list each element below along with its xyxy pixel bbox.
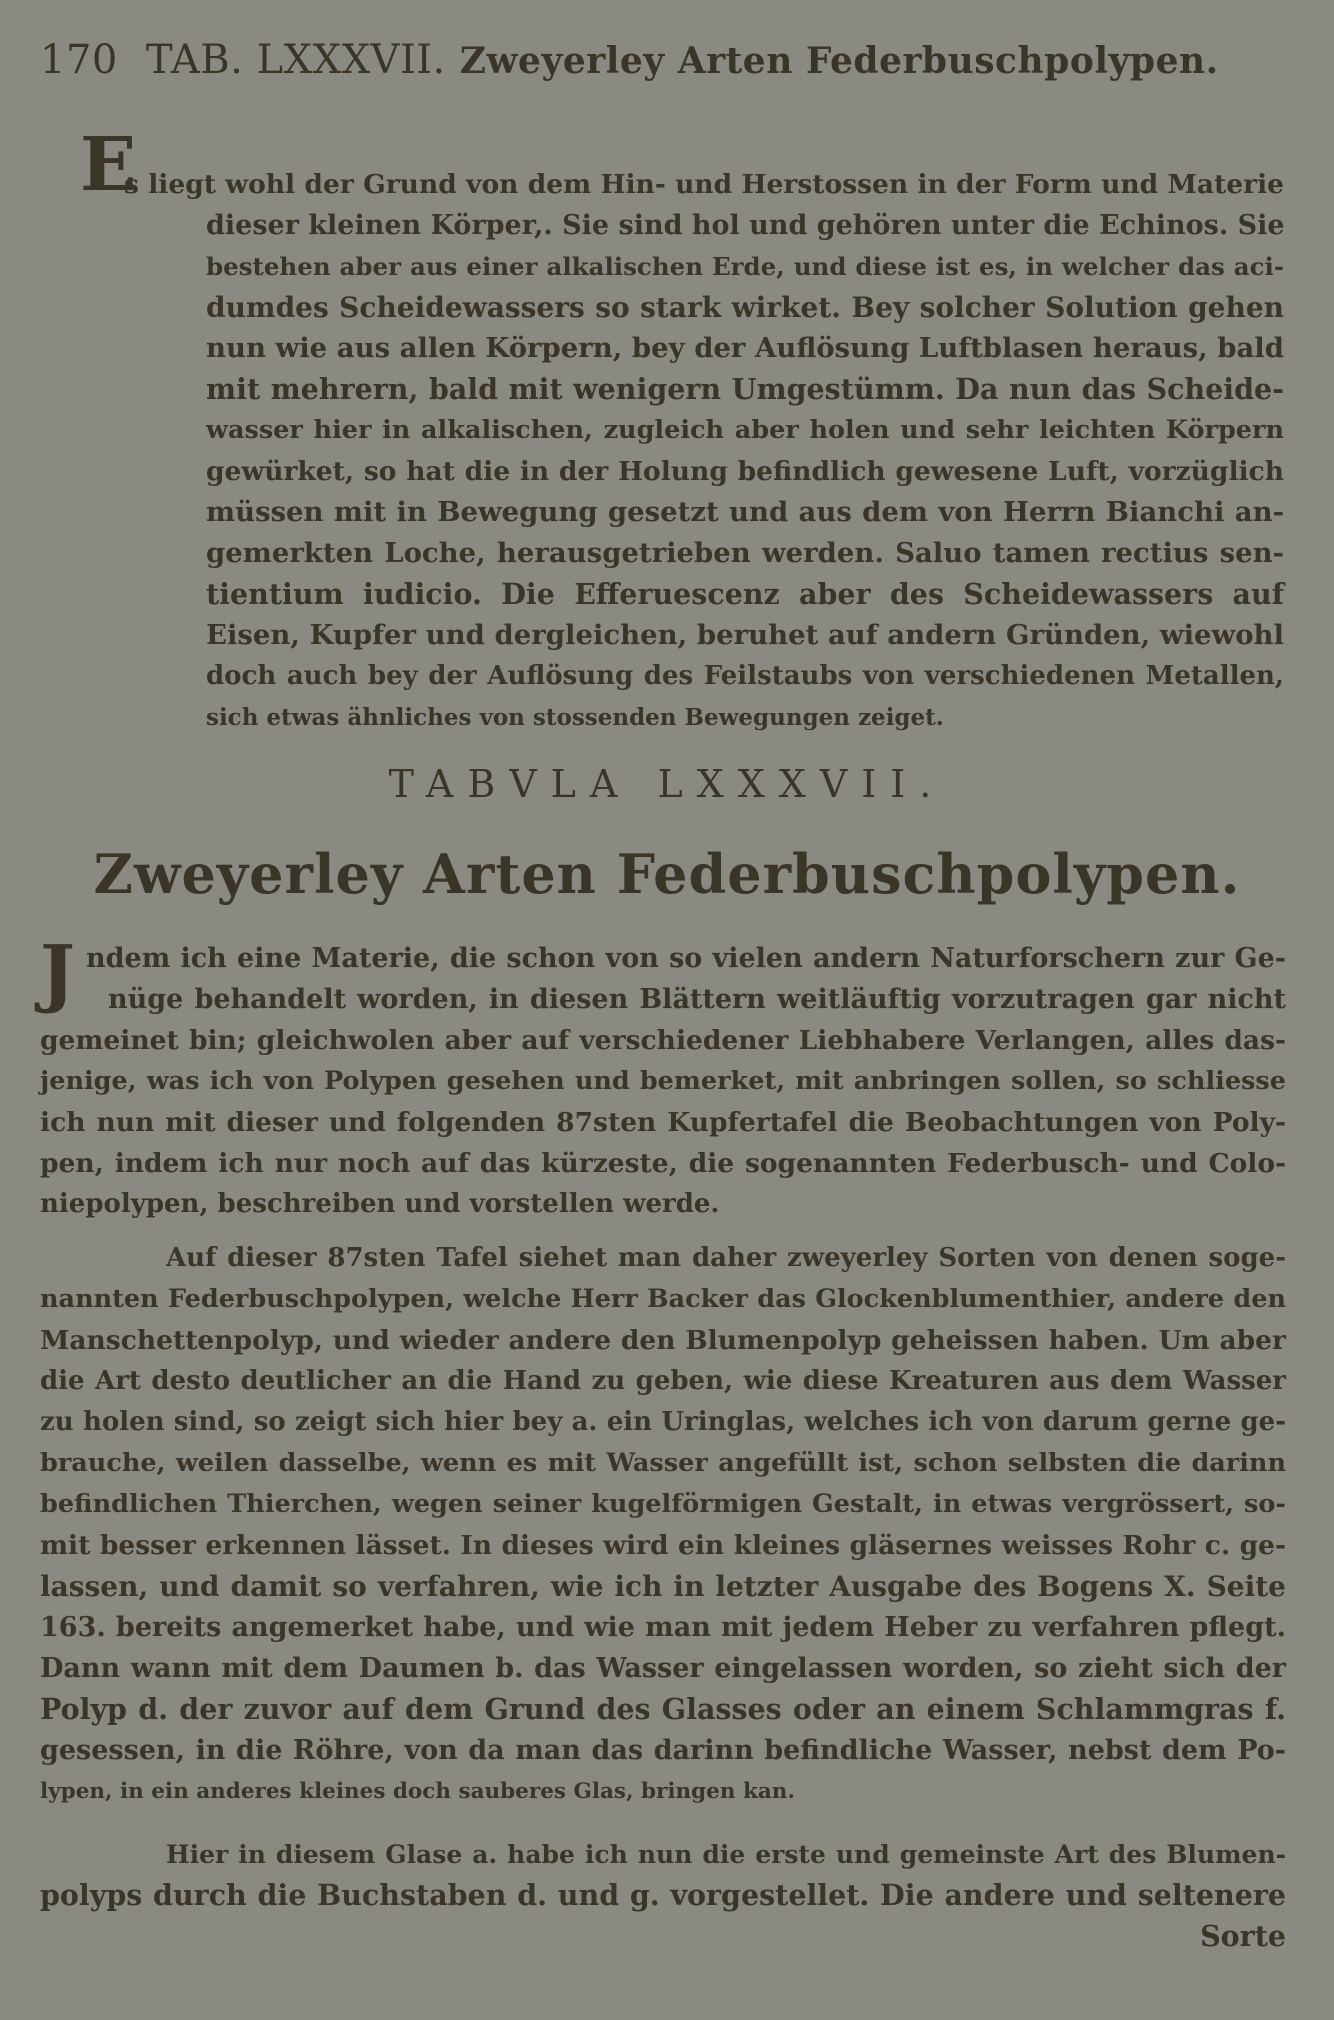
text-line: gewürket, so hat die in der Holung befin… [206, 451, 1284, 492]
text-line: müssen mit in Bewegung gesetzt und aus d… [206, 492, 1284, 533]
text-line: befindlichen Thierchen, wegen seiner kug… [40, 1484, 1286, 1525]
text-line: ich nun mit dieser und folgenden 87sten … [40, 1102, 1286, 1143]
drop-cap: J [40, 936, 75, 1010]
text-line: gemerkten Loche, herausgetrieben werden.… [206, 533, 1284, 574]
text-line: pen, indem ich nur noch auf das kürzeste… [40, 1143, 1286, 1184]
text-line: dumdes Scheidewassers so stark wirket. B… [206, 287, 1284, 328]
plate-number: TAB. LXXXVII. [146, 37, 446, 83]
text-line: 163. bereits angemerket habe, und wie ma… [40, 1607, 1286, 1648]
plate-heading: TABVLA LXXXVII. [0, 762, 1334, 806]
text-line: s liegt wohl der Grund von dem Hin- und … [124, 164, 1284, 205]
text-line: wasser hier in alkalischen, zugleich abe… [206, 410, 1284, 451]
text-line: Dann wann mit dem Daumen b. das Wasser e… [40, 1648, 1286, 1689]
text-line: mit mehrern, bald mit wenigern Umgestümm… [206, 369, 1284, 410]
text-line: Polyp d. der zuvor auf dem Grund des Gla… [40, 1689, 1286, 1730]
text-line: brauche, weilen dasselbe, wenn es mit Wa… [40, 1443, 1286, 1484]
text-line: niepolypen, beschreiben und vorstellen w… [40, 1184, 720, 1225]
text-line: nüge behandelt worden, in diesen Blätter… [108, 979, 1286, 1020]
text-line: dieser kleinen Körper,. Sie sind hol und… [206, 205, 1284, 246]
text-line: die Art desto deutlicher an die Hand zu … [40, 1361, 1286, 1402]
text-line: ndem ich eine Materie, die schon von so … [86, 938, 1286, 979]
running-title: Zweyerley Arten Federbuschpolypen. [460, 40, 1219, 82]
text-line: sich etwas ähnliches von stossenden Bewe… [206, 697, 946, 738]
text-line: Eisen, Kupfer und dergleichen, beruhet a… [206, 615, 1284, 656]
text-line: Manschettenpolyp, und wieder andere den … [40, 1320, 1286, 1361]
text-line: bestehen aber aus einer alkalischen Erde… [206, 246, 1284, 287]
section-title: Zweyerley Arten Federbuschpolypen. [0, 842, 1334, 906]
text-line: jenige, was ich von Polypen gesehen und … [40, 1061, 1286, 1102]
text-line: tientium iudicio. Die Efferuescenz aber … [206, 574, 1284, 615]
text-line: nannten Federbuschpolypen, welche Herr B… [40, 1279, 1286, 1320]
catchword: Sorte [1186, 1916, 1286, 1957]
text-line: gemeinet bin; gleichwolen aber auf versc… [40, 1020, 1286, 1061]
text-line: doch auch bey der Auflösung des Feilstau… [206, 656, 1284, 697]
text-line: lypen, in ein anderes kleines doch saube… [40, 1771, 800, 1812]
text-line: Auf dieser 87sten Tafel siehet man daher… [166, 1238, 1286, 1279]
text-line: mit besser erkennen lässet. In dieses wi… [40, 1525, 1286, 1566]
book-page: 170TAB. LXXXVII.Zweyerley Arten Federbus… [0, 0, 1334, 2020]
text-line: gesessen, in die Röhre, von da man das d… [40, 1730, 1286, 1771]
page-number: 170 [40, 37, 118, 83]
text-line: Hier in diesem Glase a. habe ich nun die… [166, 1834, 1286, 1875]
text-line: nun wie aus allen Körpern, bey der Auflö… [206, 328, 1284, 369]
text-line: lassen, und damit so verfahren, wie ich … [40, 1566, 1286, 1607]
text-line: zu holen sind, so zeigt sich hier bey a.… [40, 1402, 1286, 1443]
running-head: 170TAB. LXXXVII.Zweyerley Arten Federbus… [40, 36, 1219, 83]
text-line: polyps durch die Buchstaben d. und g. vo… [40, 1875, 1286, 1916]
